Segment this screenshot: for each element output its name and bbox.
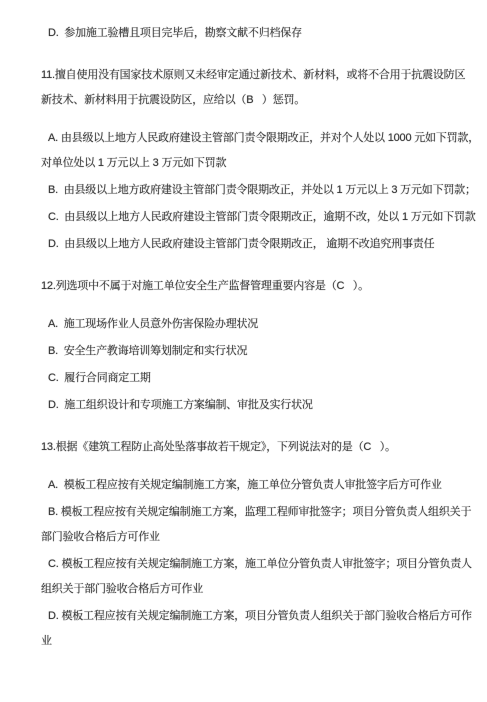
option-line: A. 模板工程应按有关规定编制施工方案，施工单位分管负责人审批签字后方可作业 [41,473,487,498]
question-stem-line: 12.列选项中不属于对施工单位安全生产监督管理重要内容是（C ）。 [41,274,487,299]
question-stem-line: 11.擅自使用没有国家技术原则又未经审定通过新技术、新材料，或将不合用于抗震设防… [41,63,487,88]
option-line: B. 由县级以上地方政府建设主管部门责令限期改正，并处以 1 万元以上 3 万元… [41,178,487,203]
option-a: A. 由县级以上地方人民政府建设主管部门责令限期改正，并对个人处以 1000 元… [41,126,487,176]
option-line: B. 模板工程应按有关规定编制施工方案，监理工程师审批签字；项目分管负责人组织关… [41,500,487,525]
option-a: A. 施工现场作业人员意外伤害保险办理状况 [41,312,487,337]
option-line: A. 由县级以上地方人民政府建设主管部门责令限期改正，并对个人处以 1000 元… [41,126,487,151]
question-13-options: A. 模板工程应按有关规定编制施工方案，施工单位分管负责人审批签字后方可作业 B… [41,473,487,654]
option-b: B. 由县级以上地方政府建设主管部门责令限期改正，并处以 1 万元以上 3 万元… [41,178,487,203]
option-c: C. 由县级以上地方人民政府建设主管部门责令限期改正，逾期不改，处以 1 万元如… [41,205,487,230]
option-line: D. 由县级以上地方人民政府建设主管部门责令限期改正， 逾期不改追究刑事责任 [41,232,487,257]
option-line: C. 履行合同商定工期 [41,366,487,391]
option-line: D. 施工组织设计和专项施工方案编制、审批及实行状况 [41,393,487,418]
option-line: 业 [41,629,487,654]
option-b: B. 模板工程应按有关规定编制施工方案，监理工程师审批签字；项目分管负责人组织关… [41,500,487,550]
option-c: C. 模板工程应按有关规定编制施工方案，施工单位分管负责人审批签字；项目分管负责… [41,552,487,602]
question-11-options: A. 由县级以上地方人民政府建设主管部门责令限期改正，并对个人处以 1000 元… [41,126,487,257]
question-12: 12.列选项中不属于对施工单位安全生产监督管理重要内容是（C ）。 [41,274,487,299]
document-page: D. 参加施工验槽且项目完毕后，勘察文献不归档保存 11.擅自使用没有国家技术原… [0,0,487,702]
option-a: A. 模板工程应按有关规定编制施工方案，施工单位分管负责人审批签字后方可作业 [41,473,487,498]
option-line: D. 模板工程应按有关规定编制施工方案，项目分管负责人组织关于部门验收合格后方可… [41,604,487,629]
document-body: D. 参加施工验槽且项目完毕后，勘察文献不归档保存 11.擅自使用没有国家技术原… [0,0,487,654]
option-d: D. 模板工程应按有关规定编制施工方案，项目分管负责人组织关于部门验收合格后方可… [41,604,487,654]
option-d: D. 由县级以上地方人民政府建设主管部门责令限期改正， 逾期不改追究刑事责任 [41,232,487,257]
option-line: D. 参加施工验槽且项目完毕后，勘察文献不归档保存 [41,21,487,46]
option-line: 部门验收合格后方可作业 [41,525,487,550]
option-line: A. 施工现场作业人员意外伤害保险办理状况 [41,312,487,337]
option-d: D. 施工组织设计和专项施工方案编制、审批及实行状况 [41,393,487,418]
option-b: B. 安全生产教诲培训筹划制定和实行状况 [41,339,487,364]
option-line: B. 安全生产教诲培训筹划制定和实行状况 [41,339,487,364]
option-c: C. 履行合同商定工期 [41,366,487,391]
question-stem-line: 13.根据《建筑工程防止高处坠落事故若干规定》，下列说法对的是（C ）。 [41,435,487,460]
question-12-options: A. 施工现场作业人员意外伤害保险办理状况 B. 安全生产教诲培训筹划制定和实行… [41,312,487,418]
question-stem-line: 新技术、新材料用于抗震设防区，应给以（B ）惩罚。 [41,88,487,113]
option-line: 组织关于部门验收合格后方可作业 [41,577,487,602]
question-11: 11.擅自使用没有国家技术原则又未经审定通过新技术、新材料，或将不合用于抗震设防… [41,63,487,113]
option-line: C. 由县级以上地方人民政府建设主管部门责令限期改正，逾期不改，处以 1 万元如… [41,205,487,230]
orphan-option-d: D. 参加施工验槽且项目完毕后，勘察文献不归档保存 [41,21,487,46]
option-line: C. 模板工程应按有关规定编制施工方案，施工单位分管负责人审批签字；项目分管负责… [41,552,487,577]
question-13: 13.根据《建筑工程防止高处坠落事故若干规定》，下列说法对的是（C ）。 [41,435,487,460]
option-line: 对单位处以 1 万元以上 3 万元如下罚款 [41,151,487,176]
